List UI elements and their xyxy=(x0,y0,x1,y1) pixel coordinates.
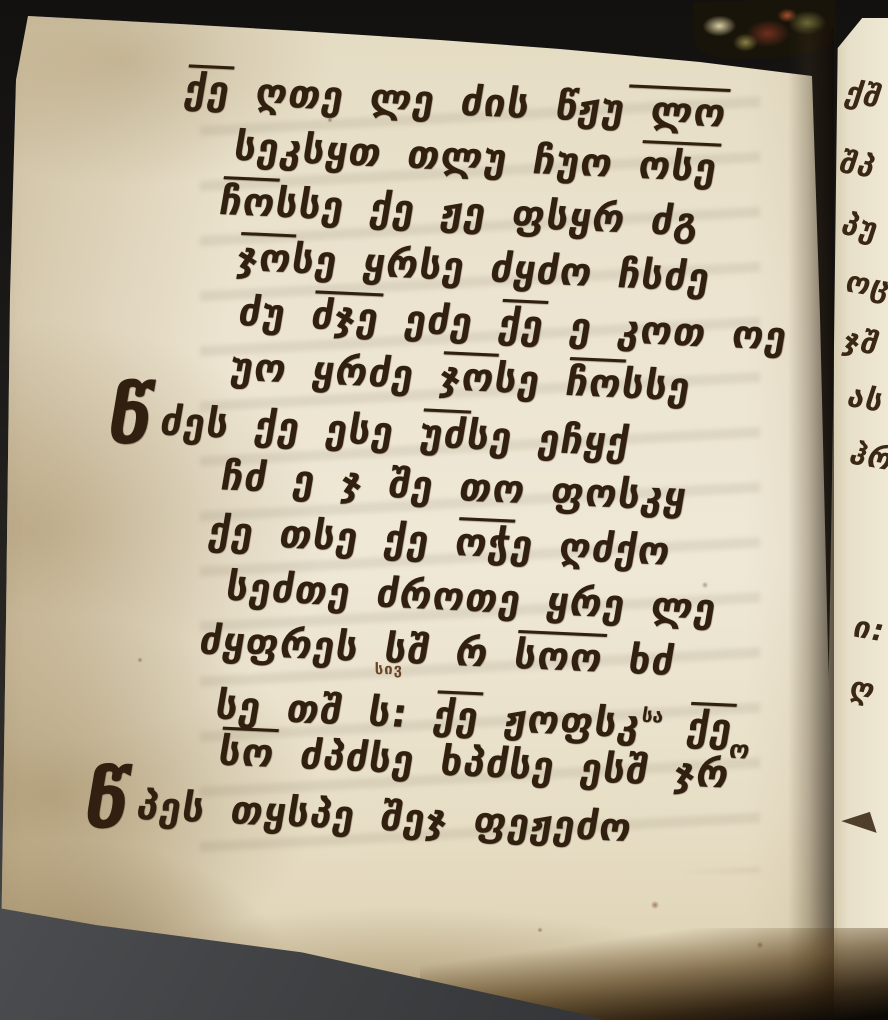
edge-text-fragment: ჯშ xyxy=(839,323,884,363)
text-segment: სოო xyxy=(510,633,606,682)
text-segment: ოსე xyxy=(635,143,721,191)
text-segment: ქე xyxy=(683,705,736,752)
text-segment: ჯო xyxy=(436,354,498,401)
edge-text-fragment: ქშ xyxy=(841,76,887,116)
ink-arrow-mark xyxy=(841,812,876,842)
edge-text-fragment: ას xyxy=(843,380,888,420)
text-block: სივ ქე ღთე ლე ძის წჟუ ლოსეკსყთ თლუ ჩუო ო… xyxy=(0,54,839,931)
edge-text-fragment: ჰრ xyxy=(845,437,888,478)
text-segment: ჩო xyxy=(216,179,279,226)
edge-text-fragment: ოც xyxy=(841,265,888,306)
decorative-initial: წ xyxy=(77,756,135,847)
text-segment: ღთე ლე ძის xyxy=(226,69,559,128)
text-segment: ე ღძქო xyxy=(507,523,674,575)
text-segment: უო ყრძე xyxy=(226,345,443,399)
text-segment: სე xyxy=(491,357,570,405)
gutter-shadow xyxy=(788,28,834,1020)
text-segment: ჯო xyxy=(233,235,295,282)
text-segment: ქე თსე ქე xyxy=(205,509,459,565)
text-segment: ოჭ xyxy=(451,520,514,567)
text-segment: ძჯე xyxy=(308,293,383,341)
text-segment: ძყფრეს სშ რ xyxy=(196,619,518,678)
text-segment: ძუ xyxy=(235,290,315,338)
text-segment: ქე xyxy=(495,302,548,349)
edge-text-fragment: პუ xyxy=(837,208,884,248)
edge-text-fragment: შპ xyxy=(835,146,881,186)
edge-text-fragment: ი: xyxy=(849,610,888,649)
text-segment: ქე xyxy=(430,693,483,740)
text-segment: ლო xyxy=(621,87,730,136)
text-segment: სე ეჩყქ xyxy=(463,414,633,466)
photo-frame: ქშშპპუოცჯშასჰრი:ღ სივ ქე ღთე ლე ძის წჟუ … xyxy=(0,0,888,1020)
text-segment: უძ xyxy=(416,411,471,458)
manuscript-page: სივ ქე ღთე ლე ძის წჟუ ლოსეკსყთ თლუ ჩუო ო… xyxy=(0,0,888,1020)
decorative-initial: წ xyxy=(100,371,158,462)
text-segment: ე კოთ ოე xyxy=(540,304,791,360)
text-segment: სსე xyxy=(618,363,694,411)
text-segment: ჩო xyxy=(562,360,625,407)
edge-text-fragment: ღ xyxy=(845,670,881,708)
text-segment: პეს თყსპე შეჯ ფეჟეძო xyxy=(133,784,636,851)
text-segment: ეძე xyxy=(375,296,502,346)
text-segment: წჟუ xyxy=(552,84,629,132)
text-segment: სო xyxy=(215,730,278,777)
text-segment: ძეს ქე ესე xyxy=(157,400,424,456)
text-segment: ხძ xyxy=(599,637,678,685)
